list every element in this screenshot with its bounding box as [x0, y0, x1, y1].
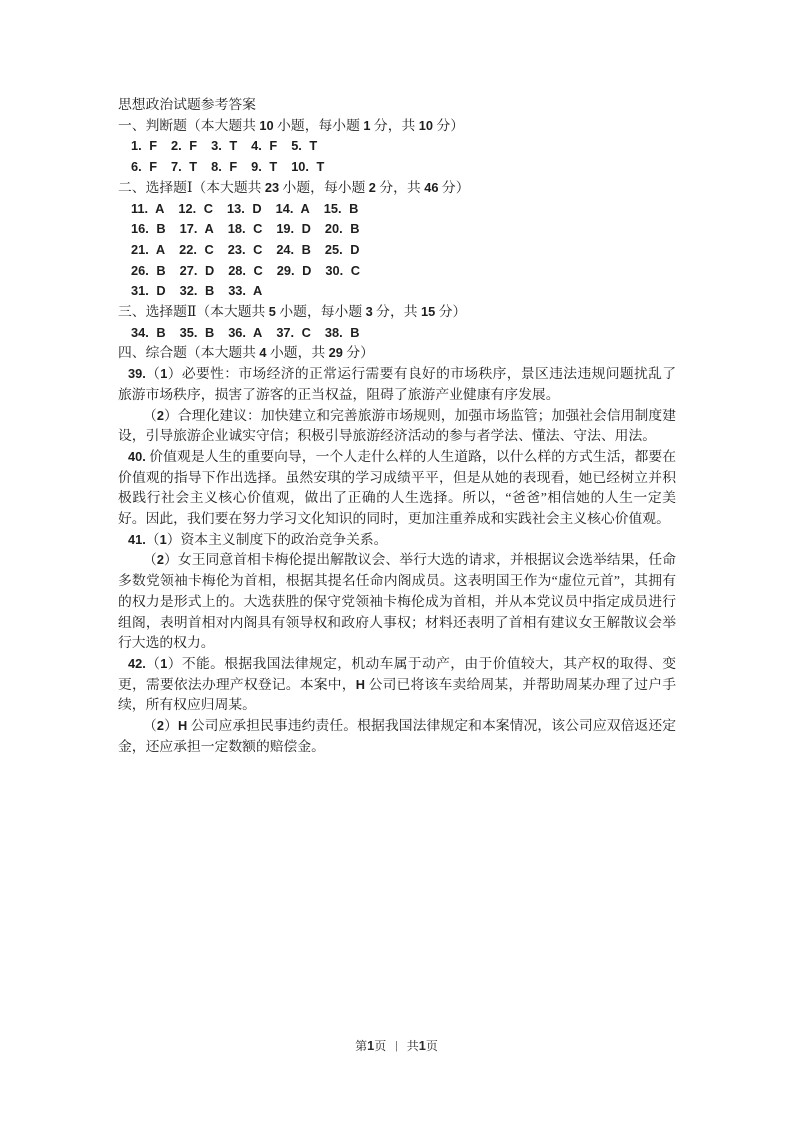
judgement-answer-row-1: 1. F2. F3. T4. F5. T	[131, 136, 676, 157]
answer-pair: 27. D	[180, 261, 215, 282]
latin-text: 5	[269, 304, 276, 319]
answer-pair: 36. A	[228, 323, 262, 344]
answer-40: 40. 价值观是人生的重要向导，一个人走什么样的人生道路，以什么样的方式生活，都…	[118, 447, 676, 530]
answer-39-suggestions: （2）合理化建议：加快建立和完善旅游市场规则，加强市场监管；加强社会信用制度建设…	[118, 406, 676, 447]
answer-pair: 9. T	[251, 157, 277, 178]
latin-text: 1	[160, 532, 167, 547]
page-footer: 第1页 | 共1页	[0, 1037, 793, 1054]
latin-text: 2	[157, 718, 164, 733]
answer-pair: 30. C	[325, 261, 360, 282]
answer-pair: 4. F	[251, 136, 277, 157]
choice-1-answer-row-5: 31. D32. B33. A	[131, 281, 676, 302]
answer-pair: 20. B	[325, 219, 360, 240]
answer-pair: 14. A	[276, 199, 310, 220]
document-title: 思想政治试题参考答案	[118, 95, 676, 116]
latin-text: 23	[265, 180, 279, 195]
answer-pair: 24. B	[276, 240, 311, 261]
section-choice-2-heading: 三、选择题Ⅱ（本大题共 5 小题，每小题 3 分，共 15 分）	[118, 302, 676, 323]
answer-pair: 3. T	[211, 136, 237, 157]
latin-text: 10	[259, 118, 273, 133]
answer-pair: 7. T	[171, 157, 197, 178]
answer-pair: 22. C	[179, 240, 214, 261]
answer-pair: 21. A	[131, 240, 165, 261]
answer-39-necessity: 39.（1）必要性：市场经济的正常运行需要有良好的市场秩序，景区违法违规问题扰乱…	[118, 364, 676, 405]
latin-text: 1	[419, 1038, 426, 1053]
answer-pair: 25. D	[325, 240, 360, 261]
answer-pair: 33. A	[228, 281, 262, 302]
latin-text: 1	[160, 656, 167, 671]
answer-pair: 6. F	[131, 157, 157, 178]
latin-text: H	[178, 718, 187, 733]
choice-2-answer-row-1: 34. B35. B36. A37. C38. B	[131, 323, 676, 344]
latin-text: 1	[363, 118, 370, 133]
latin-text: 39.	[128, 366, 146, 381]
section-choice-2: 三、选择题Ⅱ（本大题共 5 小题，每小题 3 分，共 15 分） 34. B35…	[118, 302, 676, 343]
answer-pair: 26. B	[131, 261, 166, 282]
answer-pair: 5. T	[291, 136, 317, 157]
answer-key-content: 思想政治试题参考答案 一、判断题（本大题共 10 小题，每小题 1 分，共 10…	[118, 95, 676, 758]
answer-pair: 23. C	[228, 240, 263, 261]
answer-pair: 17. A	[180, 219, 214, 240]
answer-41-part-1: 41.（1）资本主义制度下的政治竞争关系。	[118, 530, 676, 551]
section-choice-1: 二、选择题Ⅰ（本大题共 23 小题，每小题 2 分，共 46 分） 11. A1…	[118, 178, 676, 302]
answer-pair: 32. B	[180, 281, 215, 302]
footer-current-page: 第1页	[355, 1037, 386, 1054]
latin-text: 2	[157, 408, 164, 423]
section-comprehensive: 四、综合题（本大题共 4 小题，共 29 分） 39.（1）必要性：市场经济的正…	[118, 343, 676, 757]
answer-pair: 11. A	[131, 199, 164, 220]
answer-pair: 18. C	[228, 219, 263, 240]
latin-text: 1	[367, 1038, 374, 1053]
answer-pair: 19. D	[276, 219, 311, 240]
answer-pair: 28. C	[228, 261, 263, 282]
section-judgement: 一、判断题（本大题共 10 小题，每小题 1 分，共 10 分） 1. F2. …	[118, 116, 676, 178]
answer-pair: 12. C	[178, 199, 213, 220]
answer-pair: 10. T	[291, 157, 324, 178]
latin-text: 40.	[128, 449, 146, 464]
choice-1-answer-row-2: 16. B17. A18. C19. D20. B	[131, 219, 676, 240]
answer-pair: 8. F	[211, 157, 237, 178]
answer-pair: 13. D	[227, 199, 262, 220]
latin-text: H	[356, 677, 365, 692]
latin-text: 2	[157, 552, 164, 567]
latin-text: 10	[419, 118, 433, 133]
answer-pair: 1. F	[131, 136, 157, 157]
document-page: 思想政治试题参考答案 一、判断题（本大题共 10 小题，每小题 1 分，共 10…	[0, 0, 793, 1122]
footer-total-pages: 共1页	[407, 1037, 438, 1054]
latin-text: 2	[369, 180, 376, 195]
choice-1-answer-row-4: 26. B27. D28. C29. D30. C	[131, 261, 676, 282]
answer-42-part-2: （2）H 公司应承担民事违约责任。根据我国法律规定和本案情况，该公司应双倍返还定…	[118, 716, 676, 757]
section-choice-1-heading: 二、选择题Ⅰ（本大题共 23 小题，每小题 2 分，共 46 分）	[118, 178, 676, 199]
footer-separator: |	[395, 1038, 397, 1053]
choice-1-answer-row-3: 21. A22. C23. C24. B25. D	[131, 240, 676, 261]
latin-text: 46	[424, 180, 438, 195]
answer-pair: 2. F	[171, 136, 197, 157]
answer-pair: 31. D	[131, 281, 166, 302]
latin-text: 42.	[128, 656, 146, 671]
answer-pair: 37. C	[276, 323, 311, 344]
section-comprehensive-heading: 四、综合题（本大题共 4 小题，共 29 分）	[118, 343, 676, 364]
latin-text: 4	[259, 345, 266, 360]
judgement-answer-row-2: 6. F7. T8. F9. T10. T	[131, 157, 676, 178]
answer-pair: 15. B	[324, 199, 359, 220]
section-judgement-heading: 一、判断题（本大题共 10 小题，每小题 1 分，共 10 分）	[118, 116, 676, 137]
latin-text: 41.	[128, 532, 146, 547]
answer-pair: 29. D	[277, 261, 312, 282]
latin-text: 1	[160, 366, 167, 381]
latin-text: 15	[421, 304, 435, 319]
latin-text: 3	[366, 304, 373, 319]
answer-pair: 16. B	[131, 219, 166, 240]
answer-pair: 34. B	[131, 323, 166, 344]
answer-42-part-1: 42.（1）不能。根据我国法律规定，机动车属于动产，由于价值较大，其产权的取得、…	[118, 654, 676, 716]
choice-1-answer-row-1: 11. A12. C13. D14. A15. B	[131, 199, 676, 220]
answer-pair: 38. B	[325, 323, 360, 344]
answer-pair: 35. B	[180, 323, 215, 344]
latin-text: 29	[329, 345, 343, 360]
answer-41-part-2: （2）女王同意首相卡梅伦提出解散议会、举行大选的请求，并根据议会选举结果，任命多…	[118, 550, 676, 654]
